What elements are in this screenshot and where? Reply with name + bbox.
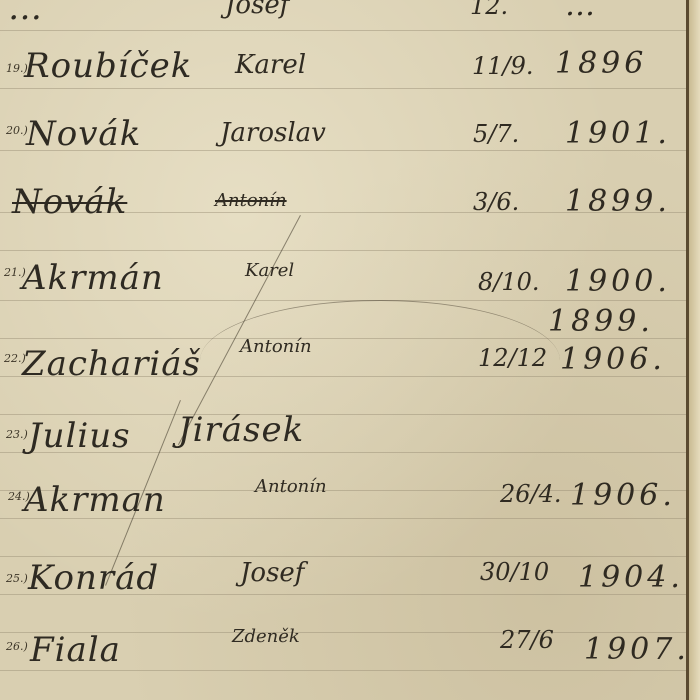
birth-year: … bbox=[565, 0, 599, 23]
birth-date: 12. bbox=[470, 0, 508, 20]
birth-date: 12/12 bbox=[478, 344, 547, 372]
birth-date: 30/10 bbox=[480, 558, 549, 586]
birth-date: 3/6. bbox=[473, 188, 519, 216]
register-entry: 26.) Fiala Zdeněk 27/6 1907. bbox=[0, 616, 686, 676]
entry-number: 20.) bbox=[6, 124, 28, 137]
given-name: Zdeněk bbox=[232, 626, 300, 647]
birth-year: 1906. bbox=[570, 478, 676, 513]
given-name: Jirásek bbox=[178, 410, 304, 450]
given-name: Josef bbox=[225, 0, 289, 20]
register-entry: 19.) Roubíček Karel 11/9. 1896 bbox=[0, 38, 686, 98]
given-name: Jaroslav bbox=[220, 118, 326, 148]
surname: … bbox=[8, 0, 43, 28]
given-name: Karel bbox=[235, 50, 306, 80]
surname: Julius bbox=[28, 416, 131, 456]
surname: Konrád bbox=[28, 558, 159, 598]
surname: Fiala bbox=[30, 630, 121, 670]
birth-date: 26/4. bbox=[500, 480, 562, 508]
birth-date: 27/6 bbox=[500, 626, 554, 654]
entry-number: 26.) bbox=[6, 640, 28, 653]
register-entry: 20.) Novák Jaroslav 5/7. 1901. bbox=[0, 108, 686, 168]
birth-date: 11/9. bbox=[472, 52, 534, 80]
birth-year: 1907. bbox=[584, 632, 690, 667]
surname: Roubíček bbox=[24, 46, 192, 86]
register-entry-struck: Novák Antonín 3/6. 1899. bbox=[0, 172, 686, 232]
register-entry: 24.) Akrman Antonín 26/4. 1906. bbox=[0, 468, 686, 528]
birth-date: 5/7. bbox=[473, 120, 519, 148]
birth-year: 1899. bbox=[565, 184, 671, 219]
birth-year: 1900. bbox=[565, 264, 671, 299]
register-entry: 25.) Konrád Josef 30/10 1904. bbox=[0, 548, 686, 608]
register-entry: … Josef 12. … bbox=[0, 0, 686, 38]
given-name: Antonín bbox=[255, 476, 327, 497]
page-edge bbox=[689, 0, 700, 700]
surname: Akrmán bbox=[22, 258, 164, 298]
given-name: Antonín bbox=[240, 336, 312, 357]
birth-year: 1906. bbox=[560, 342, 666, 377]
register-entry: 22.) Zachariáš Antonín 12/12 1906. bbox=[0, 328, 686, 388]
birth-year: 1904. bbox=[578, 560, 684, 595]
given-name: Antonín bbox=[215, 190, 287, 211]
given-name: Karel bbox=[245, 260, 294, 281]
surname: Novák bbox=[12, 182, 127, 222]
entry-number: 25.) bbox=[6, 572, 28, 585]
surname: Zachariáš bbox=[22, 344, 201, 384]
ruled-line bbox=[0, 250, 688, 251]
surname: Novák bbox=[26, 114, 141, 154]
register-page: … Josef 12. … 19.) Roubíček Karel 11/9. … bbox=[0, 0, 688, 700]
given-name: Josef bbox=[240, 558, 304, 588]
register-entry: 23.) Julius Jirásek bbox=[0, 404, 686, 464]
birth-year: 1896 bbox=[555, 46, 647, 81]
birth-date: 8/10. bbox=[478, 268, 540, 296]
surname: Akrman bbox=[24, 480, 166, 520]
entry-number: 23.) bbox=[6, 428, 28, 441]
birth-year: 1901. bbox=[565, 116, 671, 151]
